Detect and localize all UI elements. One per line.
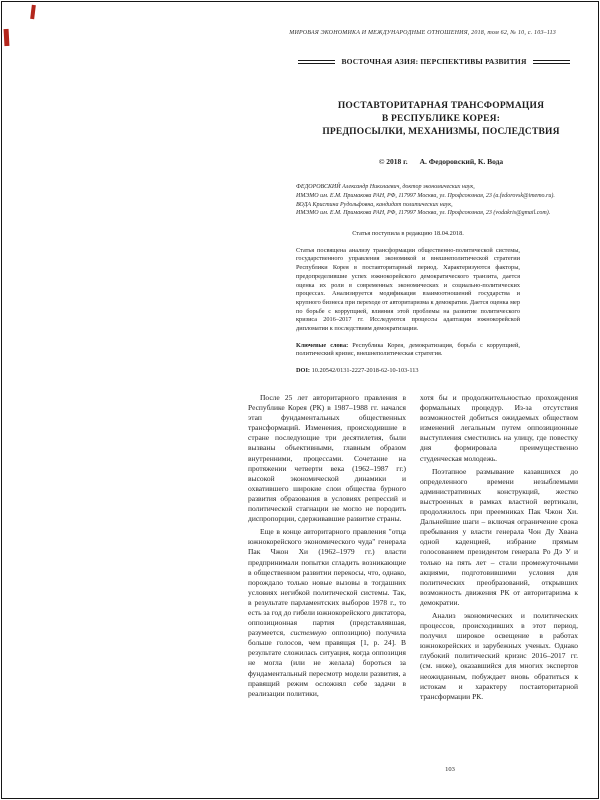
body-paragraph: Поэтапное размывание казавшихся до опред… bbox=[420, 467, 578, 608]
article-title-line2: В РЕСПУБЛИКЕ КОРЕЯ: bbox=[280, 113, 600, 126]
body-paragraph: Еще в конце авторитарного правления "отц… bbox=[248, 527, 406, 699]
author-info-line: ВОДА Кристина Рудольфовна, кандидат поли… bbox=[296, 201, 576, 210]
article-title: ПОСТАВТОРИТАРНАЯ ТРАНСФОРМАЦИЯ В РЕСПУБЛ… bbox=[280, 100, 600, 139]
body-paragraph: хотя бы и продолжительностью прохождения… bbox=[420, 393, 578, 464]
keywords-paragraph: Ключевые слова: Республика Корея, демокр… bbox=[296, 342, 520, 359]
abstract-paragraph: Статья посвящена анализу трансформации о… bbox=[296, 247, 520, 334]
byline: © 2018 г. А. Федоровский, К. Вода bbox=[280, 157, 600, 166]
author-info-line: ИМЭМО им. Е.М. Примакова РАН, РФ, 117997… bbox=[296, 192, 576, 201]
red-scan-mark-top bbox=[30, 5, 36, 19]
author-info-line: ФЕДОРОВСКИЙ Александр Николаевич, доктор… bbox=[296, 183, 576, 192]
scanned-page: МИРОВАЯ ЭКОНОМИКА И МЕЖДУНАРОДНЫЕ ОТНОШЕ… bbox=[0, 0, 600, 800]
author-info-line: ИМЭМО им. Е.М. Примакова РАН, РФ, 117997… bbox=[296, 209, 576, 218]
body-columns: После 25 лет авторитарного правления в Р… bbox=[248, 393, 578, 705]
body-column-left: После 25 лет авторитарного правления в Р… bbox=[248, 393, 406, 705]
article-title-line1: ПОСТАВТОРИТАРНАЯ ТРАНСФОРМАЦИЯ bbox=[280, 100, 600, 113]
body-paragraph: Анализ экономических и политических проц… bbox=[420, 611, 578, 702]
banner-rule-right bbox=[533, 60, 570, 64]
body-column-right: хотя бы и продолжительностью прохождения… bbox=[420, 393, 578, 705]
journal-running-head: МИРОВАЯ ЭКОНОМИКА И МЕЖДУНАРОДНЫЕ ОТНОШЕ… bbox=[250, 30, 556, 36]
doi-line: DOI: 10.20542/0131-2227-2018-62-10-103-1… bbox=[296, 367, 520, 376]
body-paragraph: После 25 лет авторитарного правления в Р… bbox=[248, 393, 406, 524]
keywords-label: Ключевые слова: bbox=[296, 342, 348, 349]
body-text-italic: системную bbox=[290, 628, 326, 637]
page-number: 103 bbox=[290, 766, 600, 773]
red-scan-mark-left bbox=[4, 29, 10, 46]
front-matter: Статья поступила в редакцию 18.04.2018. … bbox=[296, 230, 520, 376]
received-note: Статья поступила в редакцию 18.04.2018. bbox=[296, 230, 520, 239]
section-banner: ВОСТОЧНАЯ АЗИЯ: ПЕРСПЕКТИВЫ РАЗВИТИЯ bbox=[298, 57, 570, 66]
article-title-line3: ПРЕДПОСЫЛКИ, МЕХАНИЗМЫ, ПОСЛЕДСТВИЯ bbox=[280, 126, 600, 139]
banner-rule-left bbox=[298, 60, 335, 64]
doi-value: 10.20542/0131-2227-2018-62-10-103-113 bbox=[310, 367, 419, 374]
body-text-segment: Еще в конце авторитарного правления "отц… bbox=[248, 527, 406, 637]
copyright-notice: © 2018 г. bbox=[379, 157, 408, 166]
section-banner-label: ВОСТОЧНАЯ АЗИЯ: ПЕРСПЕКТИВЫ РАЗВИТИЯ bbox=[341, 57, 526, 66]
byline-authors: А. Федоровский, К. Вода bbox=[420, 157, 504, 166]
doi-label: DOI: bbox=[296, 367, 310, 374]
body-text-segment: оппозицию) получила больше голосов, чем … bbox=[248, 628, 406, 698]
authors-info-block: ФЕДОРОВСКИЙ Александр Николаевич, доктор… bbox=[296, 183, 576, 218]
